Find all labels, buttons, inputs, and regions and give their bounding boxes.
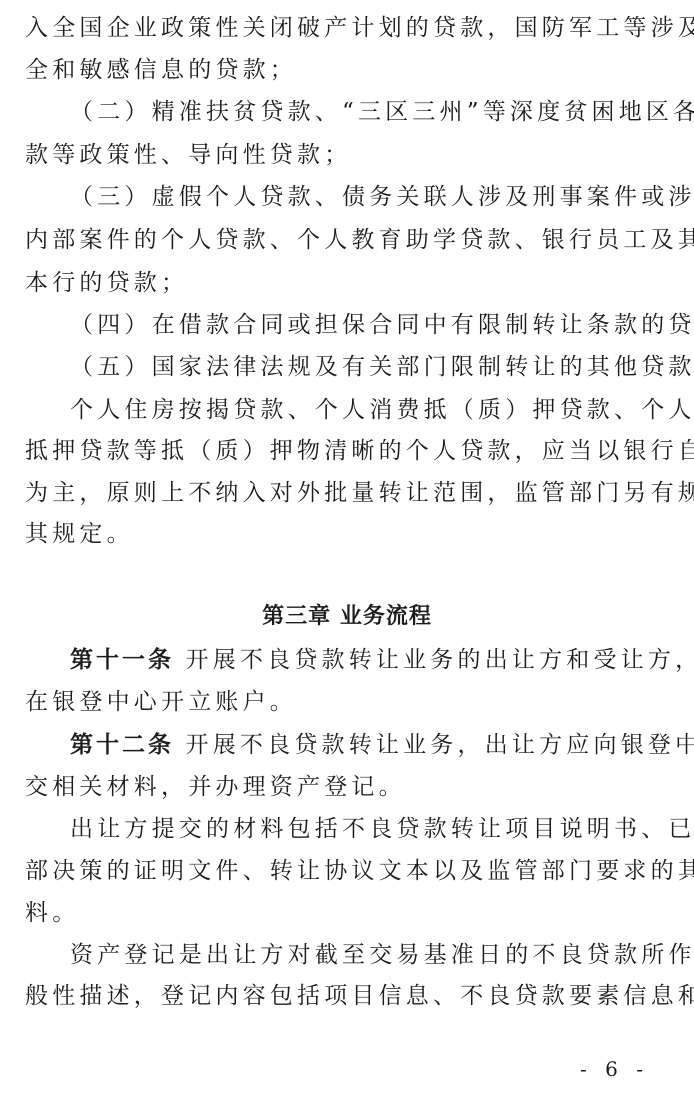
article-label: 第十一条 bbox=[70, 647, 174, 673]
text-line: 抵押贷款等抵（质）押物清晰的个人贷款，应当以银行自行清收 bbox=[25, 436, 649, 466]
text-line: 个人住房按揭贷款、个人消费抵（质）押贷款、个人经营性 bbox=[70, 395, 649, 425]
article-text: 开展不良贷款转让业务，出让方应向银登中心提 bbox=[174, 732, 694, 758]
text-line: 入全国企业政策性关闭破产计划的贷款，国防军工等涉及国家安 bbox=[25, 13, 649, 43]
text-line: 在银登中心开立账户。 bbox=[25, 687, 649, 717]
text-line: 全和敏感信息的贷款； bbox=[25, 55, 649, 85]
article-first-line: 第十一条 开展不良贷款转让业务的出让方和受让方，均应 bbox=[70, 645, 649, 675]
article-text: 开展不良贷款转让业务的出让方和受让方，均应 bbox=[174, 647, 694, 673]
page-number: - 6 - bbox=[580, 1055, 649, 1083]
text-line: 交相关材料，并办理资产登记。 bbox=[25, 772, 649, 802]
text-line: 资产登记是出让方对截至交易基准日的不良贷款所作的一 bbox=[70, 940, 649, 970]
chapter-heading: 第三章 业务流程 bbox=[0, 602, 694, 632]
article-first-line: 第十二条 开展不良贷款转让业务，出让方应向银登中心提 bbox=[70, 730, 649, 760]
article-label: 第十二条 bbox=[70, 732, 174, 758]
text-line: 本行的贷款； bbox=[25, 268, 649, 298]
text-line: （三）虚假个人贷款、债务关联人涉及刑事案件或涉及银行 bbox=[70, 182, 649, 212]
text-line: （四）在借款合同或担保合同中有限制转让条款的贷款； bbox=[70, 310, 649, 340]
text-line: 款等政策性、导向性贷款； bbox=[25, 140, 649, 170]
text-line: 部决策的证明文件、转让协议文本以及监管部门要求的其他材 bbox=[25, 856, 649, 886]
text-line: 其规定。 bbox=[25, 519, 649, 549]
document-page: 入全国企业政策性关闭破产计划的贷款，国防军工等涉及国家安全和敏感信息的贷款；（二… bbox=[0, 0, 694, 1093]
text-line: 为主，原则上不纳入对外批量转让范围，监管部门另有规定的从 bbox=[25, 478, 649, 508]
text-line: 般性描述，登记内容包括项目信息、不良贷款要素信息和相关文 bbox=[25, 981, 649, 1011]
text-line: 内部案件的个人贷款、个人教育助学贷款、银行员工及其亲属在 bbox=[25, 225, 649, 255]
text-line: 出让方提交的材料包括不良贷款转让项目说明书、已履行内 bbox=[70, 814, 649, 844]
text-line: （五）国家法律法规及有关部门限制转让的其他贷款。 bbox=[70, 352, 649, 382]
text-line: 料。 bbox=[25, 898, 649, 928]
text-line: （二）精准扶贫贷款、“三区三州”等深度贫困地区各项贷 bbox=[70, 97, 649, 127]
